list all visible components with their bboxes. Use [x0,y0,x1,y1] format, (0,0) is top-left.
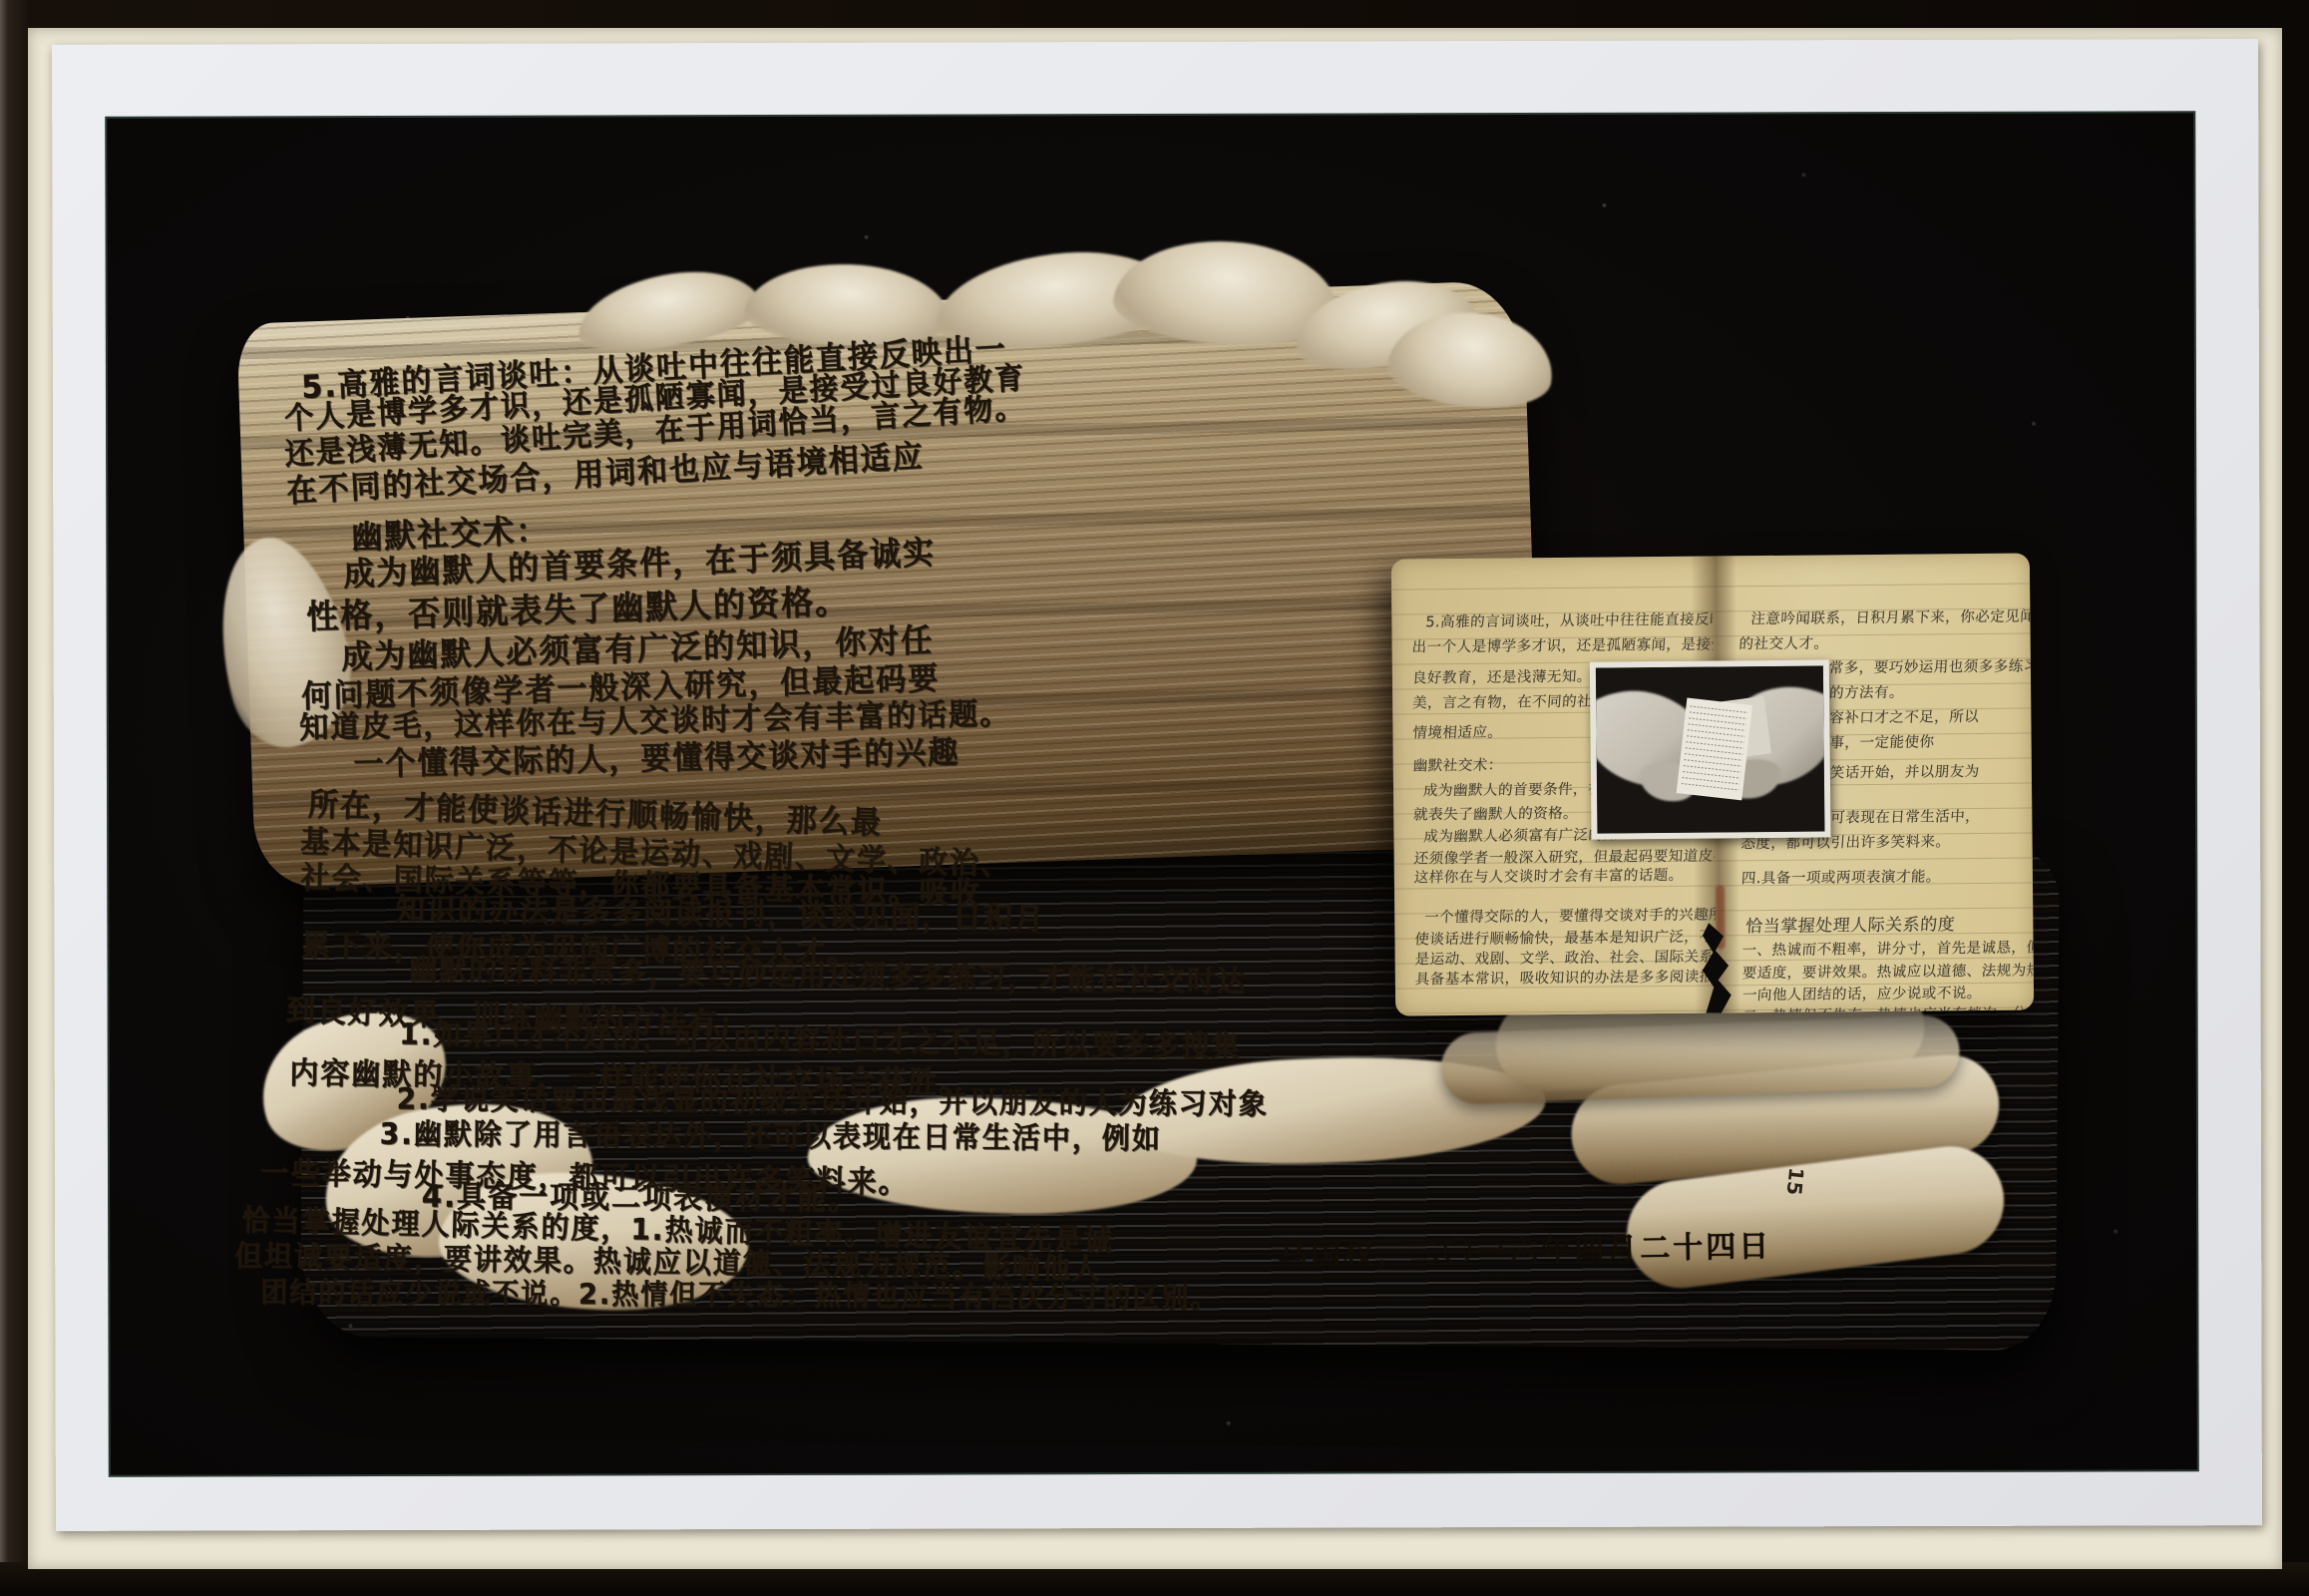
notebook-line: 幽默社交术： [1412,754,1503,776]
hands-photo [1590,659,1831,839]
page-number-fragment: 15 [1782,1166,1809,1196]
notebook-line: 恰当掌握处理人际关系的度 [1745,910,1956,937]
calligraphy-line: 团结的话应少说或不说。2.热情但不失态：热情也应当有档次分寸的区别。 [260,1269,1219,1316]
book-calligraphy-layer: 5.高雅的言词谈吐：从谈吐中往往能直接反映出一个人是博学多才识，还是孤陋寡闻，是… [107,113,2193,118]
notebook-line: 注意吟闻联系，日积月累下来，你必定见闻广博 [1750,604,2034,628]
notebook-line: 就表失了幽默人的资格。 [1413,802,1579,825]
hands-photo-image [1596,665,1825,833]
notebook-line: 这样你在与人交谈时才会有丰富的话题。 [1413,864,1684,888]
notebook-line: 要适度，要讲效果。热诚应以道德、法规为规范。 [1741,959,2034,983]
notebook-line: 一个懂得交际的人，要懂得交谈对手的兴趣所在，才 [1424,903,1718,927]
notebook-line: 一向他人团结的话，应少说或不说。 [1741,982,1982,1004]
notebook-line: 成为幽默人必须富有广泛的知 [1423,823,1619,846]
framed-artwork-photo: 5.高雅的言词谈吐：从谈吐中往往能直接反映出一个人是博学多才识，还是孤陋寡闻，是… [0,0,2309,1596]
notebook-line: 出一个人是博学多才识，还是孤陋寡闻，是接受过 [1411,632,1717,656]
notebook-line: 一、热诚而不粗率，讲分寸，首先是诚恳，但热诚 [1741,936,2034,960]
notebook-line: 情境相适应。 [1412,721,1503,743]
print-white-border: 5.高雅的言词谈吐：从谈吐中往往能直接反映出一个人是博学多才识，还是孤陋寡闻，是… [52,39,2262,1531]
dust-specks [107,119,109,121]
notebook-line: 5.高雅的言词谈吐，从谈吐中往往能直接反映 [1425,607,1717,631]
notebook-line: 具备基本常识，吸收知识的办法是多多阅读报刊。 [1414,965,1717,989]
calligraphy-line: 3.幽默除了用言语表达外，还可以表现在日常生活中，例如 [380,1111,1162,1158]
mat-board: 5.高雅的言词谈吐：从谈吐中往往能直接反映出一个人是博学多才识，还是孤陋寡闻，是… [28,28,2282,1569]
hands-holding-note-illustration [1596,665,1825,833]
photograph-black-field: 5.高雅的言词谈吐：从谈吐中往往能直接反映出一个人是博学多才识，还是孤陋寡闻，是… [105,111,2199,1476]
notebook-line: 四.具备一项或两项表演才能。 [1740,865,1941,888]
notebook-line: 的社交人才。 [1738,631,1829,653]
open-notebook: 5.高雅的言词谈吐，从谈吐中往往能直接反映出一个人是博学多才识，还是孤陋寡闻，是… [1391,553,2034,1015]
